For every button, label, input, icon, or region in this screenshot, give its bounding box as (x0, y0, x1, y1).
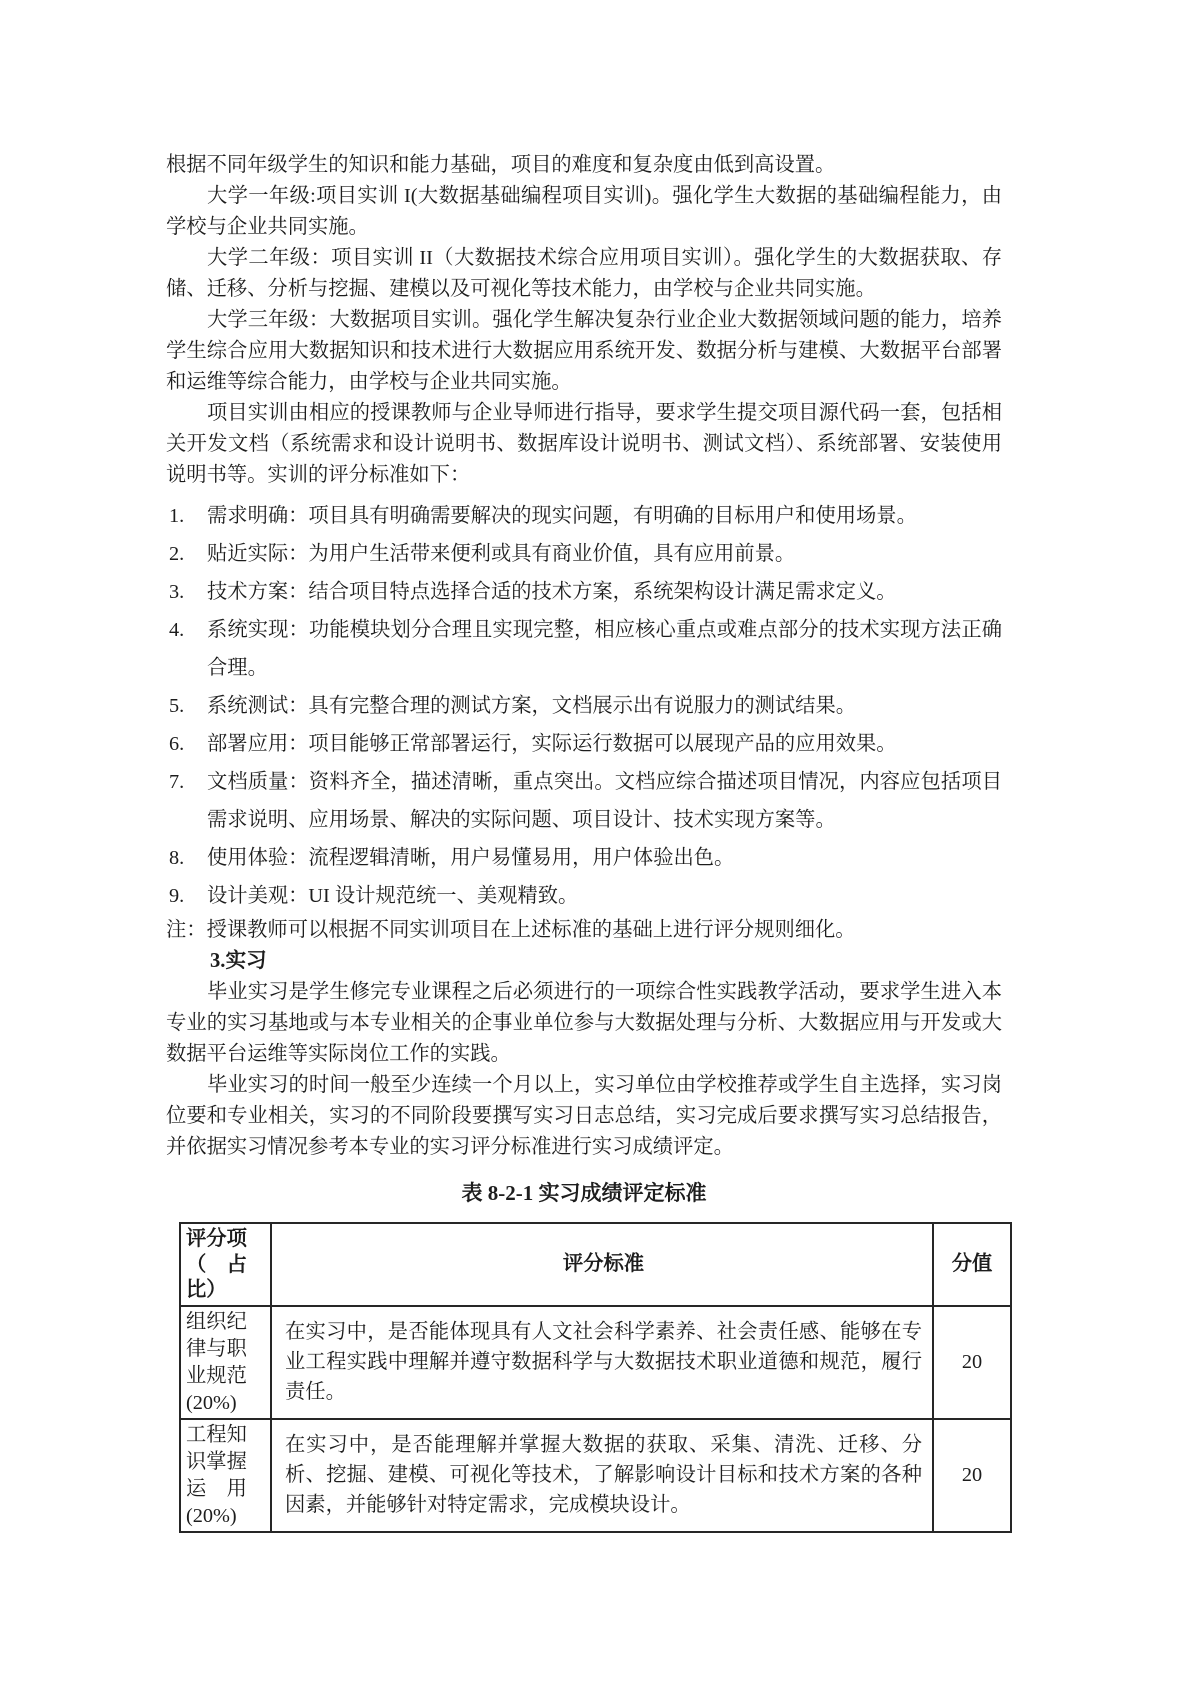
list-item-text: 贴近实际：为用户生活带来便利或具有商业价值，具有应用前景。 (207, 543, 795, 565)
paragraph-internship-2: 毕业实习的时间一般至少连续一个月以上，实习单位由学校推荐或学生自主选择，实习岗位… (166, 1070, 1002, 1163)
list-item: 6. 部署应用：项目能够正常部署运行，实际运行数据可以展现产品的应用效果。 (166, 725, 1002, 763)
grading-criteria-list: 1. 需求明确：项目具有明确需要解决的现实问题，有明确的目标用户和使用场景。 2… (166, 497, 1002, 915)
list-item: 9. 设计美观：UI 设计规范统一、美观精致。 (166, 877, 1002, 915)
table-title: 表 8-2-1 实习成绩评定标准 (166, 1178, 1002, 1209)
paragraph-internship-1: 毕业实习是学生修完专业课程之后必须进行的一项综合性实践教学活动，要求学生进入本专… (166, 977, 1002, 1070)
list-item-number: 8. (169, 839, 184, 877)
list-item-number: 1. (169, 497, 184, 535)
list-item-number: 6. (169, 725, 184, 763)
list-item-text: 设计美观：UI 设计规范统一、美观精致。 (207, 885, 578, 907)
list-item: 5. 系统测试：具有完整合理的测试方案，文档展示出有说服力的测试结果。 (166, 687, 1002, 725)
section-heading-internship: 3.实习 (166, 946, 1002, 977)
document-page: 根据不同年级学生的知识和能力基础，项目的难度和复杂度由低到高设置。 大学一年级:… (0, 0, 1190, 1684)
list-item-text: 系统实现：功能模块划分合理且实现完整，相应核心重点或难点部分的技术实现方法正确合… (207, 619, 1002, 679)
list-item: 8. 使用体验：流程逻辑清晰，用户易懂易用，用户体验出色。 (166, 839, 1002, 877)
list-item-number: 7. (169, 763, 184, 801)
paragraph-year3: 大学三年级：大数据项目实训。强化学生解决复杂行业企业大数据领域问题的能力，培养学… (166, 305, 1002, 398)
cell-score: 20 (933, 1419, 1011, 1532)
list-item: 4. 系统实现：功能模块划分合理且实现完整，相应核心重点或难点部分的技术实现方法… (166, 611, 1002, 687)
header-cell-item: 评分项 （ 占 比） (180, 1223, 271, 1306)
table-row: 工程知 识掌握 运 用 (20%) 在实习中，是否能理解并掌握大数据的获取、采集… (180, 1419, 1011, 1532)
list-item-number: 5. (169, 687, 184, 725)
list-item-number: 2. (169, 535, 184, 573)
header-cell-score: 分值 (933, 1223, 1011, 1306)
cell-criteria: 在实习中，是否能体现具有人文社会科学素养、社会责任感、能够在专业工程实践中理解并… (271, 1306, 933, 1419)
cell-item: 工程知 识掌握 运 用 (20%) (180, 1419, 271, 1532)
list-item-text: 文档质量：资料齐全，描述清晰，重点突出。文档应综合描述项目情况，内容应包括项目需… (207, 771, 1002, 831)
list-item-text: 部署应用：项目能够正常部署运行，实际运行数据可以展现产品的应用效果。 (207, 733, 897, 755)
list-item-text: 使用体验：流程逻辑清晰，用户易懂易用，用户体验出色。 (207, 847, 734, 869)
paragraph-year1: 大学一年级:项目实训 I(大数据基础编程项目实训)。强化学生大数据的基础编程能力… (166, 181, 1002, 243)
table-row: 组织纪 律与职 业规范 (20%) 在实习中，是否能体现具有人文社会科学素养、社… (180, 1306, 1011, 1419)
list-item-text: 技术方案：结合项目特点选择合适的技术方案，系统架构设计满足需求定义。 (207, 581, 897, 603)
paragraph-year2: 大学二年级：项目实训 II（大数据技术综合应用项目实训）。强化学生的大数据获取、… (166, 243, 1002, 305)
list-item-number: 9. (169, 877, 184, 915)
list-item-text: 需求明确：项目具有明确需要解决的现实问题，有明确的目标用户和使用场景。 (207, 505, 917, 527)
cell-item: 组织纪 律与职 业规范 (20%) (180, 1306, 271, 1419)
list-item: 3. 技术方案：结合项目特点选择合适的技术方案，系统架构设计满足需求定义。 (166, 573, 1002, 611)
list-item-number: 4. (169, 611, 184, 649)
paragraph-intro: 根据不同年级学生的知识和能力基础，项目的难度和复杂度由低到高设置。 (166, 150, 1002, 181)
note-line: 注：授课教师可以根据不同实训项目在上述标准的基础上进行评分规则细化。 (166, 915, 1002, 946)
list-item-text: 系统测试：具有完整合理的测试方案，文档展示出有说服力的测试结果。 (207, 695, 856, 717)
header-cell-criteria: 评分标准 (271, 1223, 933, 1306)
list-item-number: 3. (169, 573, 184, 611)
cell-score: 20 (933, 1306, 1011, 1419)
list-item: 1. 需求明确：项目具有明确需要解决的现实问题，有明确的目标用户和使用场景。 (166, 497, 1002, 535)
list-item: 2. 贴近实际：为用户生活带来便利或具有商业价值，具有应用前景。 (166, 535, 1002, 573)
cell-criteria: 在实习中，是否能理解并掌握大数据的获取、采集、清洗、迁移、分析、挖掘、建模、可视… (271, 1419, 933, 1532)
list-item: 7. 文档质量：资料齐全，描述清晰，重点突出。文档应综合描述项目情况，内容应包括… (166, 763, 1002, 839)
table-header-row: 评分项 （ 占 比） 评分标准 分值 (180, 1223, 1011, 1306)
paragraph-training-guide: 项目实训由相应的授课教师与企业导师进行指导，要求学生提交项目源代码一套，包括相关… (166, 398, 1002, 491)
internship-grading-table: 评分项 （ 占 比） 评分标准 分值 组织纪 律与职 业规范 (20%) 在实习… (179, 1222, 1012, 1533)
